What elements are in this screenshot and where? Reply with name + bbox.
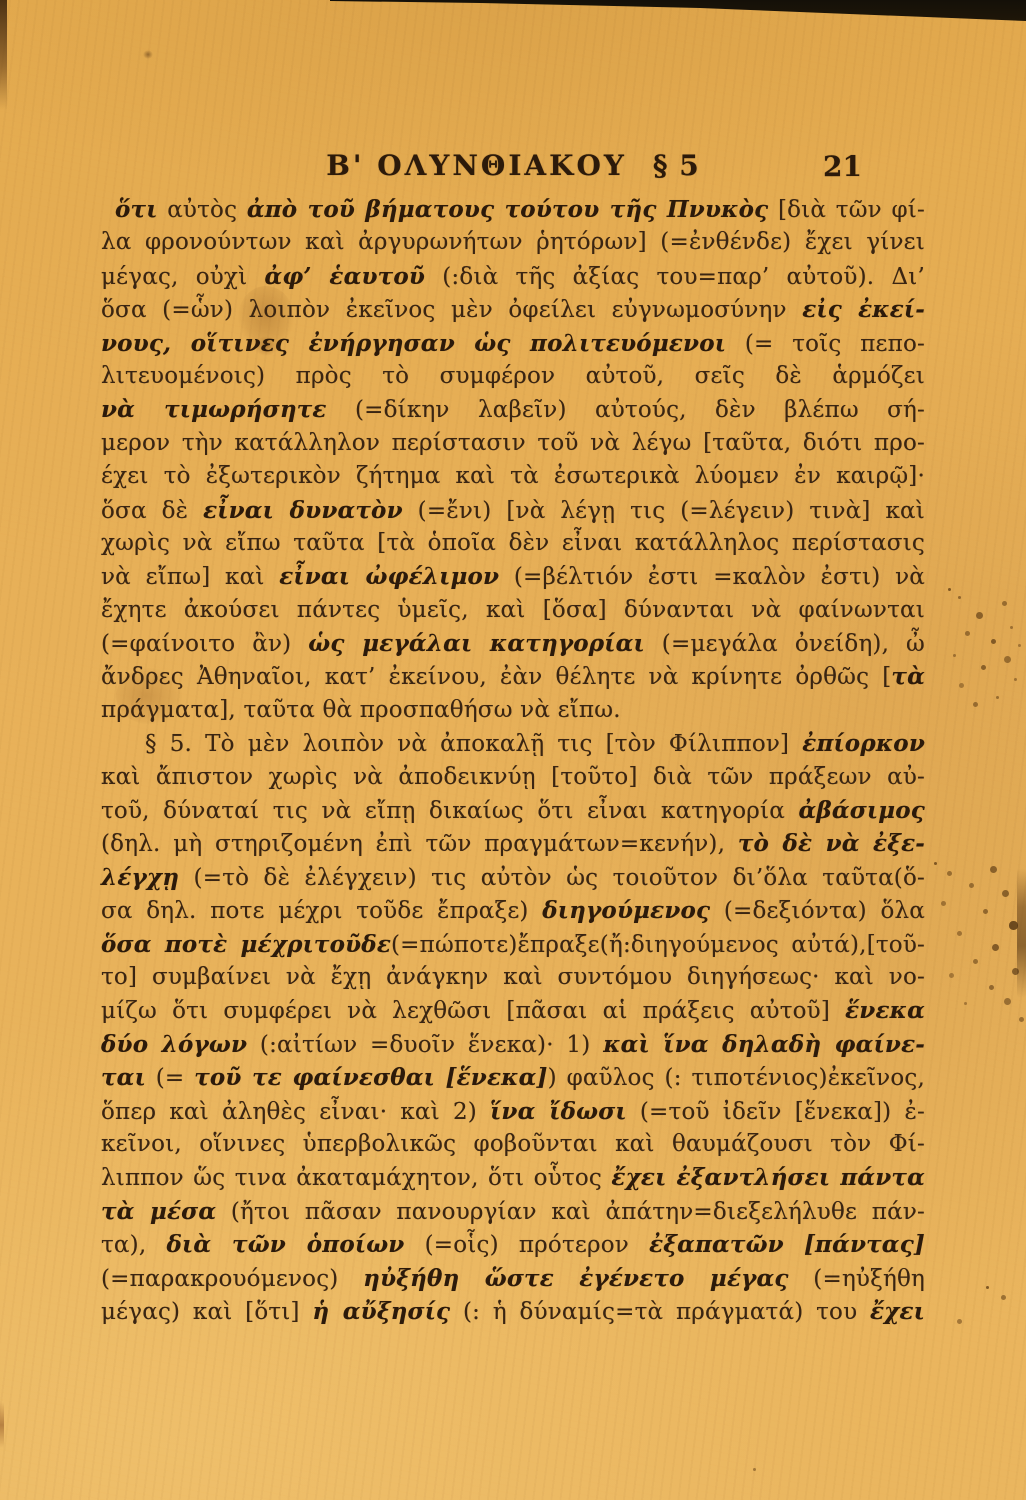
commentary-text: ) φαῦλος (: τιποτένιος)ἐκεῖνος, (548, 1065, 925, 1091)
commentary-text: καὶ ἄπιστον χωρὶς νὰ ἀποδεικνύῃ [τοῦτο] … (101, 764, 925, 790)
lemma-text: τὸ δὲ νὰ ἐξε- (738, 830, 925, 857)
section-number: § 5 (653, 149, 700, 182)
text-line: νους, οἵτινες ἐνήργησαν ὡς πολιτευόμενοι… (101, 327, 925, 360)
text-line: νὰ τιμωρήσητε (=δίκην λαβεῖν) αὐτούς, δὲ… (101, 393, 925, 426)
text-line: έχει τὸ ἐξωτερικὸν ζήτημα καὶ τὰ ἐσωτερι… (101, 460, 925, 493)
commentary-text: χωρὶς νὰ εἴπω ταῦτα [τὰ ὁποῖα δὲν εἶναι … (101, 530, 925, 556)
commentary-text: [διὰ τῶν φί- (768, 197, 925, 223)
lemma-text: νὰ τιμωρήσητε (101, 396, 327, 423)
commentary-text: (δηλ. μὴ στηριζομένη ἐπὶ τῶν πραγμάτων=κ… (101, 831, 738, 857)
running-header: Β' ΟΛΥΝΘΙΑΚΟΥ§ 5 21 (101, 149, 925, 185)
text-line: ται (= τοῦ τε φαίνεσθαι [ἕνεκα]) φαῦλος … (101, 1061, 925, 1094)
page-title: Β' ΟΛΥΝΘΙΑΚΟΥ§ 5 (326, 149, 700, 182)
lemma-text: τὰ (891, 663, 925, 690)
commentary-text: λιτευομένοις) πρὸς τὸ συμφέρον αὐτοῦ, σε… (101, 363, 925, 389)
page-number: 21 (823, 150, 862, 183)
lemma-text: δύο λόγων (101, 1031, 247, 1058)
text-line: (=παρακρουόμενος) ηὐξήθη ὥστε ἐγένετο μέ… (101, 1262, 925, 1295)
text-line: λέγχῃ (=τὸ δὲ ἐλέγχειν) τις αὐτὸν ὡς τοι… (101, 861, 925, 894)
text-line: δύο λόγων (:αἰτίων =δυοῖν ἕνεκα)· 1) καὶ… (101, 1028, 925, 1061)
text-line: μίζω ὅτι συμφέρει νὰ λεχθῶσι [πᾶσαι αἱ π… (101, 994, 925, 1027)
commentary-text: ἄνδρες Ἀθηναῖοι, κατ’ ἐκείνου, ἐὰν θέλητ… (101, 664, 891, 690)
book-title: Β' ΟΛΥΝΘΙΑΚΟΥ (326, 149, 627, 182)
commentary-text: (:διὰ τῆς ἀξίας του=παρ’ αὐτοῦ). Δι’ (425, 264, 925, 290)
text-line: τοῦ, δύναταί τις νὰ εἴπῃ δικαίως ὅτι εἶν… (101, 794, 925, 827)
foxing-specks (986, 1286, 989, 1289)
lemma-text: τὰ μέσα (101, 1198, 216, 1225)
commentary-text: ὅσα (=ὧν) λοιπὸν ἐκεῖνος μὲν ὀφείλει εὐγ… (101, 297, 802, 323)
text-line: τὰ μέσα (ἤτοι πᾶσαν πανουργίαν καὶ ἀπάτη… (101, 1195, 925, 1228)
scan-edge-left (0, 0, 7, 110)
lemma-text: εἶναι δυνατὸν (203, 497, 403, 524)
commentary-text: ὅσα δὲ (101, 498, 203, 524)
scan-edge-left-bottom (0, 1402, 4, 1448)
commentary-text: έχει τὸ ἐξωτερικὸν ζήτημα καὶ τὰ ἐσωτερι… (101, 463, 925, 489)
commentary-text: ὅπερ καὶ ἀληθὲς εἶναι· καὶ 2) (101, 1099, 490, 1125)
commentary-text: (=παρακρουόμενος) (101, 1266, 363, 1292)
commentary-text: (=φαίνοιτο ἂν) (101, 631, 308, 657)
commentary-text: μίζω ὅτι συμφέρει νὰ λεχθῶσι [πᾶσαι αἱ π… (101, 998, 845, 1024)
scan-edge-top (0, 0, 1026, 24)
commentary-text: πράγματα], ταῦτα θὰ προσπαθήσω νὰ εἴπω. (101, 697, 621, 723)
lemma-text: [πάντας] (804, 1231, 925, 1258)
commentary-text: (=πώποτε)ἔπραξε(ἤ:διηγούμενος αὐτά),[τοῦ… (391, 932, 925, 958)
commentary-text: (: ἡ δύναμίς=τὰ πράγματά) του (450, 1299, 870, 1325)
commentary-text: μερον τὴν κατάλληλον περίστασιν τοῦ νὰ λ… (101, 430, 925, 456)
text-line: πράγματα], ταῦτα θὰ προσπαθήσω νὰ εἴπω. (101, 694, 925, 727)
lemma-text: ἔχει ἐξαντλήσει πάντα (611, 1164, 925, 1191)
text-line: τα), διὰ τῶν ὁποίων (=οἷς) πρότερον ἐξαπ… (101, 1228, 925, 1261)
text-line: νὰ εἴπω] καὶ εἶναι ὠφέλιμον (=βέλτιόν ἐσ… (101, 560, 925, 593)
lemma-text: ἐξαπατῶν (649, 1231, 784, 1258)
lemma-text: νους, οἵτινες ἐνήργησαν ὡς πολιτευόμενοι (101, 330, 726, 357)
commentary-text: τοῦ, δύναταί τις νὰ εἴπῃ δικαίως ὅτι εἶν… (101, 798, 798, 824)
commentary-text: (=ηὐξήθη (789, 1266, 925, 1292)
text-block: ὅτι αὐτὸς ἀπὸ τοῦ βήματους τούτου τῆς Πν… (101, 193, 925, 1328)
lemma-text: ἔχει (870, 1298, 925, 1325)
lemma-text: ἵνα ἴδωσι (490, 1098, 627, 1125)
lemma-text: ὅσα ποτὲ μέχριτοῦδε (101, 931, 391, 958)
text-line: ὅτι αὐτὸς ἀπὸ τοῦ βήματους τούτου τῆς Πν… (101, 193, 925, 226)
lemma-text: ὅτι (115, 196, 158, 223)
commentary-text: τα), (101, 1232, 166, 1258)
commentary-text: (=δίκην λαβεῖν) αὐτούς, δὲν βλέπω σή- (327, 397, 925, 423)
commentary-text: μέγας, οὐχὶ (101, 264, 264, 290)
commentary-text: (=οἷς) πρότερον (404, 1232, 649, 1258)
commentary-text: λα φρονούντων καὶ ἀργυρωνήτων ῥητόρων] (… (101, 229, 925, 255)
text-line: ἔχητε ἀκούσει πάντες ὑμεῖς, καὶ [ὅσα] δύ… (101, 594, 925, 627)
text-line: μέγας, οὐχὶ ἀφ’ ἑαυτοῦ (:διὰ τῆς ἀξίας τ… (101, 260, 925, 293)
lemma-text: ἐπίορκον (802, 730, 925, 757)
foxing-edge-streak (1017, 868, 1026, 998)
text-line: ἄνδρες Ἀθηναῖοι, κατ’ ἐκείνου, ἐὰν θέλητ… (101, 660, 925, 693)
text-line: (=φαίνοιτο ἂν) ὡς μεγάλαι κατηγορίαι (=μ… (101, 627, 925, 660)
lemma-text: διὰ τῶν ὁποίων (166, 1231, 404, 1258)
paper-stain (143, 50, 153, 59)
text-line: μερον τὴν κατάλληλον περίστασιν τοῦ νὰ λ… (101, 427, 925, 460)
commentary-text: αὐτὸς (158, 197, 247, 223)
text-line: μέγας) καὶ [ὅτι] ἡ αὔξησίς (: ἡ δύναμίς=… (101, 1295, 925, 1328)
commentary-text: το] συμβαίνει νὰ ἔχῃ ἀνάγκην καὶ συντόμο… (101, 964, 925, 990)
lemma-text: ἡ αὔξησίς (312, 1298, 450, 1325)
commentary-text: λιππον ὥς τινα ἀκαταμάχητον, ὅτι οὗτος (101, 1165, 611, 1191)
text-line: ὅσα δὲ εἶναι δυνατὸν (=ἔνι) [νὰ λέγῃ τις… (101, 494, 925, 527)
lemma-text: τοῦ τε φαίνεσθαι [ἕνεκα] (194, 1064, 547, 1091)
lemma-text: λέγχῃ (101, 864, 179, 891)
lemma-text: ἕνεκα (845, 997, 925, 1024)
text-line: λιππον ὥς τινα ἀκαταμάχητον, ὅτι οὗτος ἔ… (101, 1161, 925, 1194)
commentary-text: κεῖνοι, οἵνινες ὑπερβολικῶς φοβοῦνται κα… (101, 1131, 925, 1157)
commentary-text: (=τὸ δὲ ἐλέγχειν) τις αὐτὸν ὡς τοιοῦτον … (179, 865, 925, 891)
commentary-text: (=μεγάλα ὀνείδη), ὦ (645, 631, 925, 657)
commentary-text: νὰ εἴπω] καὶ (101, 564, 279, 590)
commentary-text: (ἤτοι πᾶσαν πανουργίαν καὶ ἀπάτην=διεξελ… (216, 1199, 925, 1225)
text-line: § 5. Τὸ μὲν λοιπὸν νὰ ἀποκαλῇ τις [τὸν Φ… (101, 727, 925, 760)
commentary-text: (=ἔνι) [νὰ λέγῃ τις (=λέγειν) τινὰ] καὶ (403, 498, 925, 524)
text-line: ὅπερ καὶ ἀληθὲς εἶναι· καὶ 2) ἵνα ἴδωσι … (101, 1095, 925, 1128)
commentary-text: (=δεξιόντα) ὅλα (710, 898, 925, 924)
commentary-text: (=βέλτιόν ἐστι =καλὸν ἐστι) νὰ (499, 564, 925, 590)
foxing-specks (948, 588, 951, 591)
text-line: χωρὶς νὰ εἴπω ταῦτα [τὰ ὁποῖα δὲν εἶναι … (101, 527, 925, 560)
lemma-text: ἀφ’ ἑαυτοῦ (264, 263, 425, 290)
text-line: ὅσα (=ὧν) λοιπὸν ἐκεῖνος μὲν ὀφείλει εὐγ… (101, 293, 925, 326)
commentary-text (784, 1232, 804, 1258)
commentary-text: (= τοῖς πεπο- (726, 331, 925, 357)
text-line: σα δηλ. ποτε μέχρι τοῦδε ἔπραξε) διηγούμ… (101, 894, 925, 927)
lemma-text: ἀβάσιμος (798, 797, 925, 824)
text-line: λα φρονούντων καὶ ἀργυρωνήτων ῥητόρων] (… (101, 226, 925, 259)
commentary-text: (=τοῦ ἰδεῖν [ἕνεκα]) ἐ- (627, 1099, 925, 1125)
lemma-text: ἀπὸ τοῦ βήματους τούτου τῆς Πνυκὸς (247, 196, 768, 223)
scanned-book-page: Β' ΟΛΥΝΘΙΑΚΟΥ§ 5 21 ὅτι αὐτὸς ἀπὸ τοῦ βή… (0, 0, 1026, 1500)
foxing-specks (753, 1468, 756, 1471)
foxing-specks (934, 862, 937, 865)
lemma-text: καὶ ἵνα δηλαδὴ φαίνε- (603, 1031, 925, 1058)
text-line: το] συμβαίνει νὰ ἔχῃ ἀνάγκην καὶ συντόμο… (101, 961, 925, 994)
commentary-text: μέγας) καὶ [ὅτι] (101, 1299, 312, 1325)
commentary-text: (:αἰτίων =δυοῖν ἕνεκα)· 1) (247, 1032, 603, 1058)
lemma-text: ηὐξήθη ὥστε ἐγένετο μέγας (363, 1265, 789, 1292)
lemma-text: ται (101, 1064, 146, 1091)
lemma-text: εἰς ἐκεί- (802, 296, 925, 323)
commentary-text: (= (146, 1065, 194, 1091)
text-line: ὅσα ποτὲ μέχριτοῦδε(=πώποτε)ἔπραξε(ἤ:διη… (101, 928, 925, 961)
commentary-text: § 5. Τὸ μὲν λοιπὸν νὰ ἀποκαλῇ τις [τὸν Φ… (145, 731, 802, 757)
text-line: (δηλ. μὴ στηριζομένη ἐπὶ τῶν πραγμάτων=κ… (101, 827, 925, 860)
commentary-text: σα δηλ. ποτε μέχρι τοῦδε ἔπραξε) (101, 898, 542, 924)
lemma-text: ὡς μεγάλαι κατηγορίαι (308, 630, 645, 657)
text-line: κεῖνοι, οἵνινες ὑπερβολικῶς φοβοῦνται κα… (101, 1128, 925, 1161)
text-line: λιτευομένοις) πρὸς τὸ συμφέρον αὐτοῦ, σε… (101, 360, 925, 393)
lemma-text: διηγούμενος (542, 897, 710, 924)
commentary-text: ἔχητε ἀκούσει πάντες ὑμεῖς, καὶ [ὅσα] δύ… (101, 597, 925, 623)
text-line: καὶ ἄπιστον χωρὶς νὰ ἀποδεικνύῃ [τοῦτο] … (101, 761, 925, 794)
lemma-text: εἶναι ὠφέλιμον (279, 563, 499, 590)
